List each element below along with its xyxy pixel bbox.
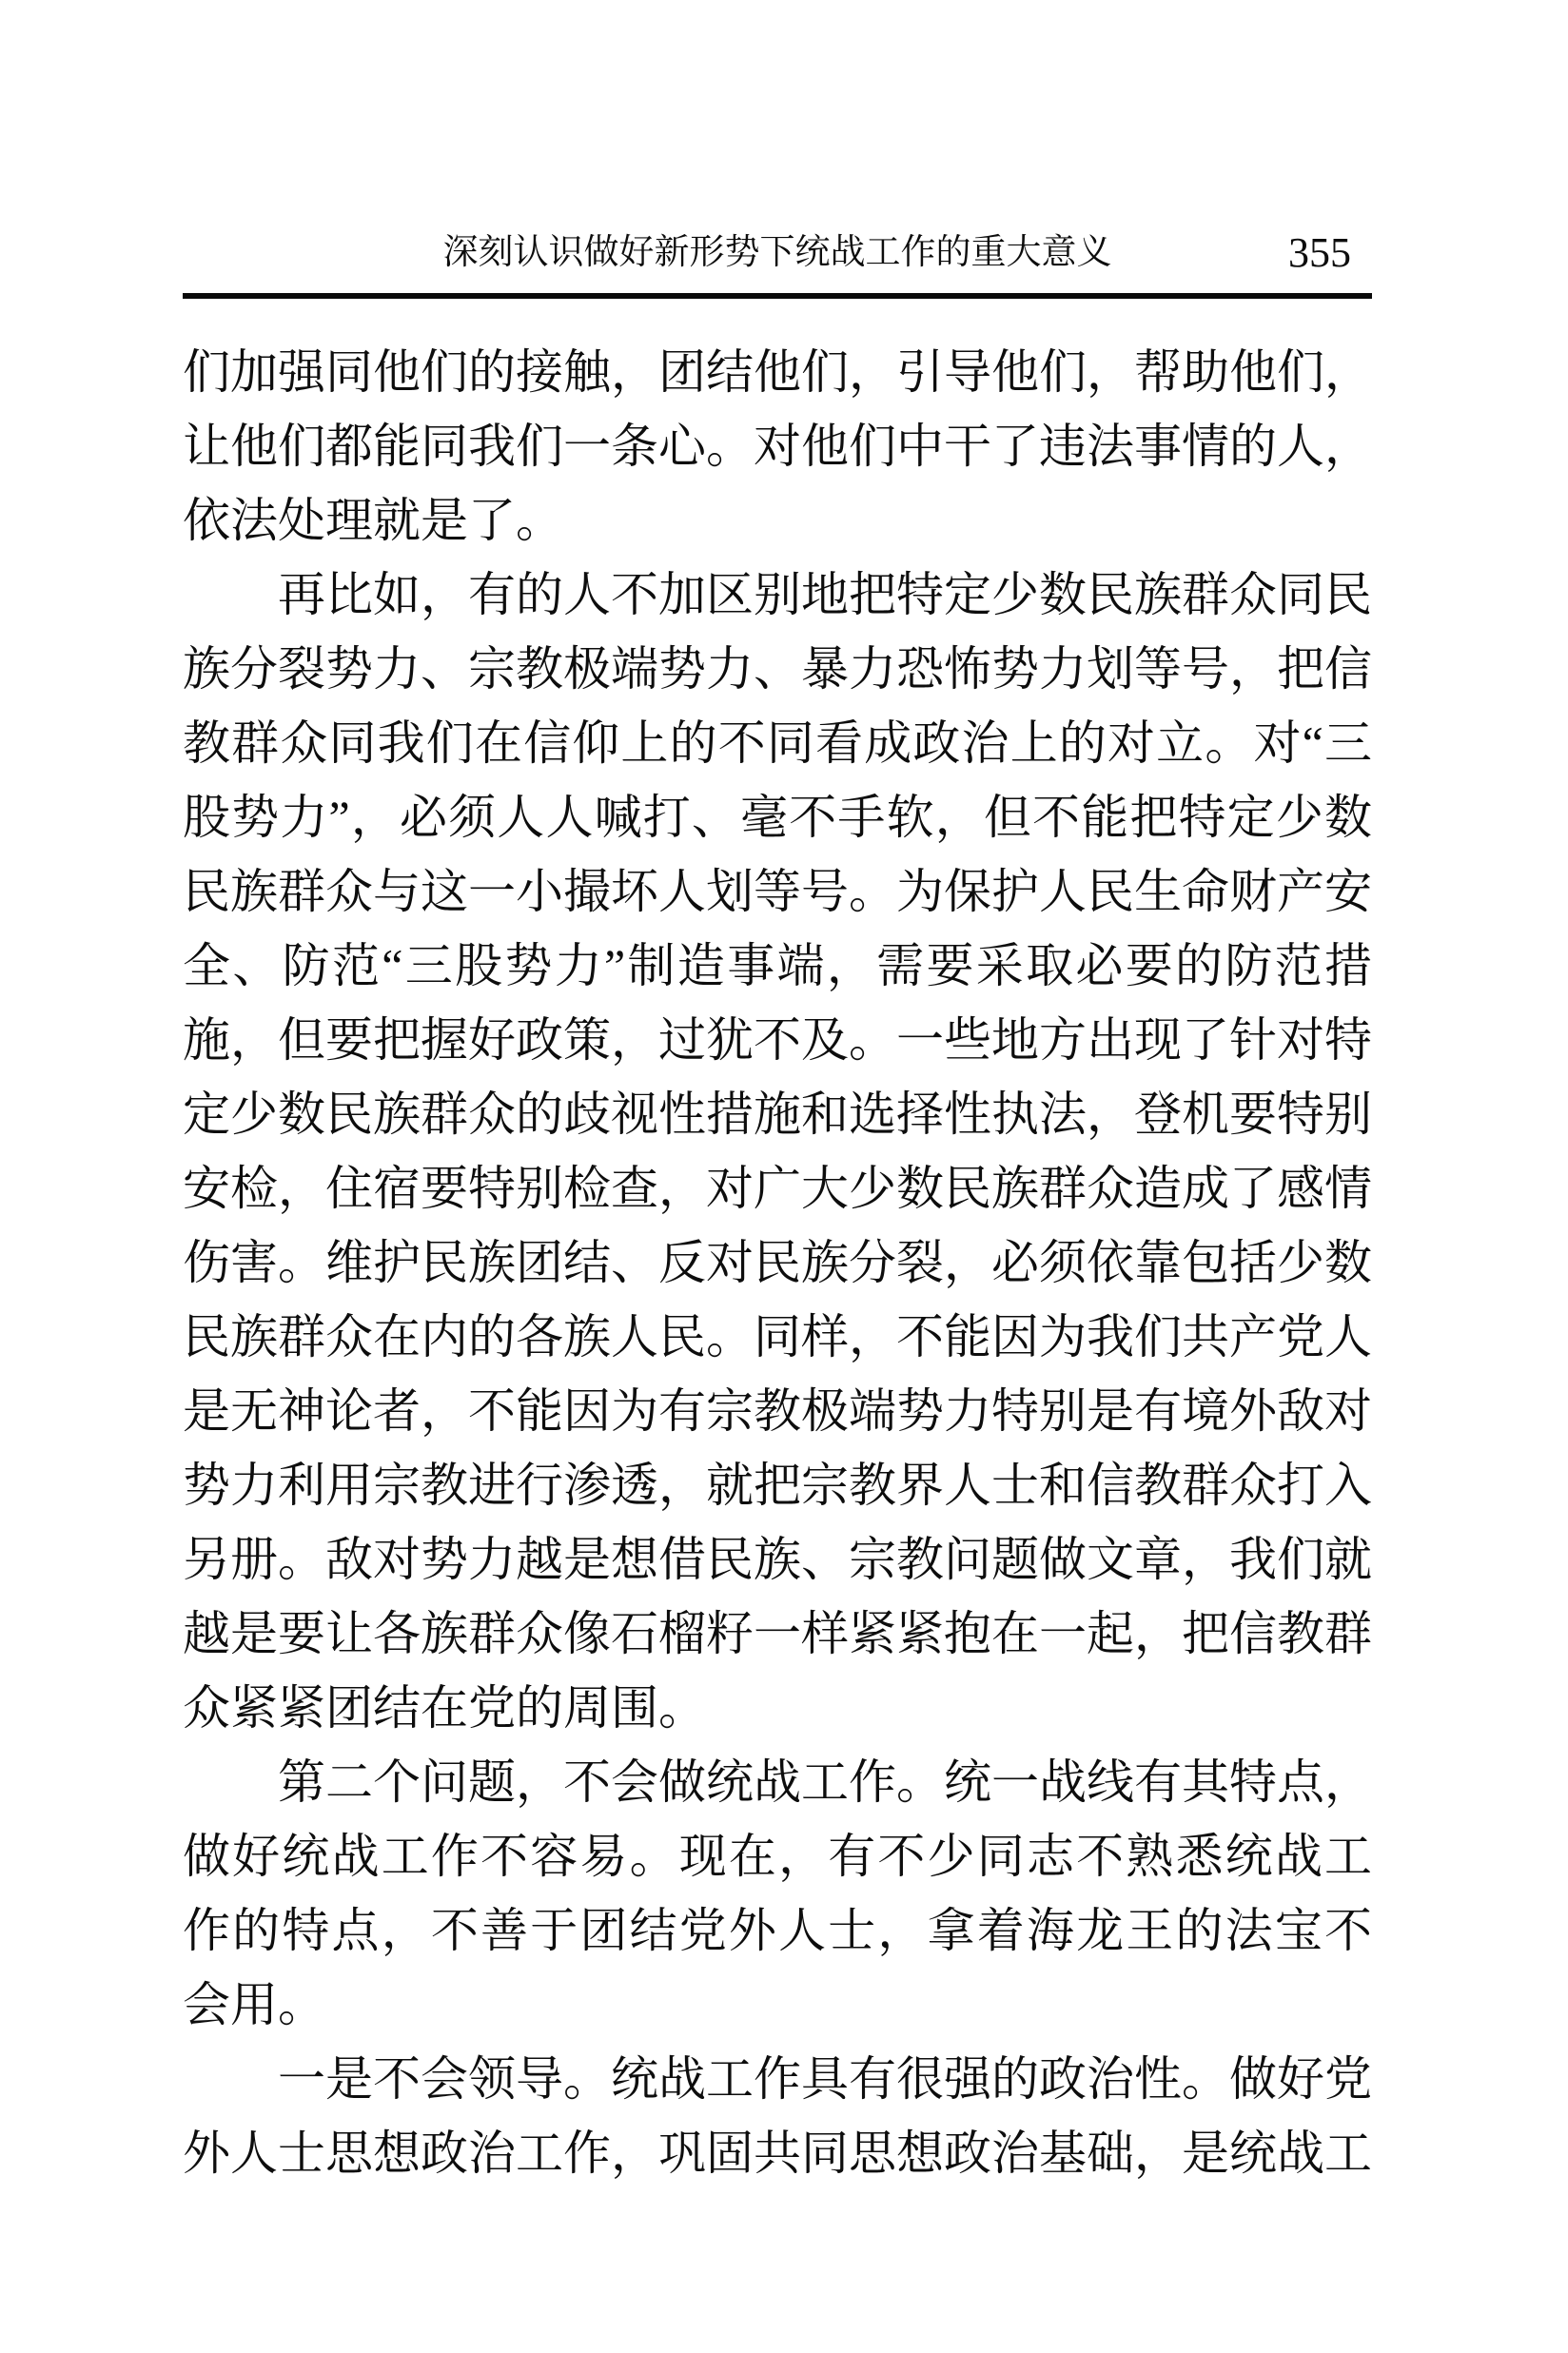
text-line: 依法处理就是了。: [183, 483, 1372, 558]
running-header: 深刻认识做好新形势下统战工作的重大意义 355: [183, 232, 1372, 278]
text-line: 族分裂势力、宗教极端势力、暴力恐怖势力划等号，把信: [183, 632, 1372, 706]
text-line: 做好统战工作不容易。现在，有不少同志不熟悉统战工: [183, 1819, 1372, 1893]
page-number: 355: [1288, 232, 1351, 274]
text-line: 施，但要把握好政策，过犹不及。一些地方出现了针对特: [183, 1003, 1372, 1077]
text-line: 外人士思想政治工作，巩固共同思想政治基础，是统战工: [183, 2116, 1372, 2190]
text-line: 势力利用宗教进行渗透，就把宗教界人士和信教群众打入: [183, 1448, 1372, 1522]
text-line: 教群众同我们在信仰上的不同看成政治上的对立。对“三: [183, 706, 1372, 780]
text-line: 让他们都能同我们一条心。对他们中干了违法事情的人，: [183, 409, 1372, 483]
chapter-title: 深刻认识做好新形势下统战工作的重大意义: [183, 232, 1372, 274]
text-line: 越是要让各族群众像石榴籽一样紧紧抱在一起，把信教群: [183, 1597, 1372, 1671]
book-page: { "header": { "title": "深刻认识做好新形势下统战工作的重…: [0, 0, 1568, 2353]
text-line: 伤害。维护民族团结、反对民族分裂，必须依靠包括少数: [183, 1226, 1372, 1300]
header-rule: [183, 293, 1372, 299]
text-line: 股势力”，必须人人喊打、毫不手软，但不能把特定少数: [183, 780, 1372, 854]
text-line: 全、防范“三股势力”制造事端，需要采取必要的防范措: [183, 929, 1372, 1003]
text-line: 是无神论者，不能因为有宗教极端势力特别是有境外敌对: [183, 1374, 1372, 1448]
text-line: 第二个问题，不会做统战工作。统一战线有其特点，: [183, 1745, 1372, 1819]
text-line: 民族群众在内的各族人民。同样，不能因为我们共产党人: [183, 1300, 1372, 1374]
text-line: 另册。敌对势力越是想借民族、宗教问题做文章，我们就: [183, 1522, 1372, 1597]
text-line: 安检，住宿要特别检查，对广大少数民族群众造成了感情: [183, 1151, 1372, 1226]
text-line: 众紧紧团结在党的周围。: [183, 1671, 1372, 1745]
text-line: 定少数民族群众的歧视性措施和选择性执法，登机要特别: [183, 1077, 1372, 1151]
text-line: 作的特点，不善于团结党外人士，拿着海龙王的法宝不: [183, 1893, 1372, 1968]
body-text: 们加强同他们的接触，团结他们，引导他们，帮助他们，让他们都能同我们一条心。对他们…: [183, 335, 1372, 2190]
text-line: 再比如，有的人不加区别地把特定少数民族群众同民: [183, 558, 1372, 632]
text-line: 会用。: [183, 1968, 1372, 2042]
text-line: 们加强同他们的接触，团结他们，引导他们，帮助他们，: [183, 335, 1372, 409]
text-line: 一是不会领导。统战工作具有很强的政治性。做好党: [183, 2042, 1372, 2116]
text-line: 民族群众与这一小撮坏人划等号。为保护人民生命财产安: [183, 854, 1372, 929]
